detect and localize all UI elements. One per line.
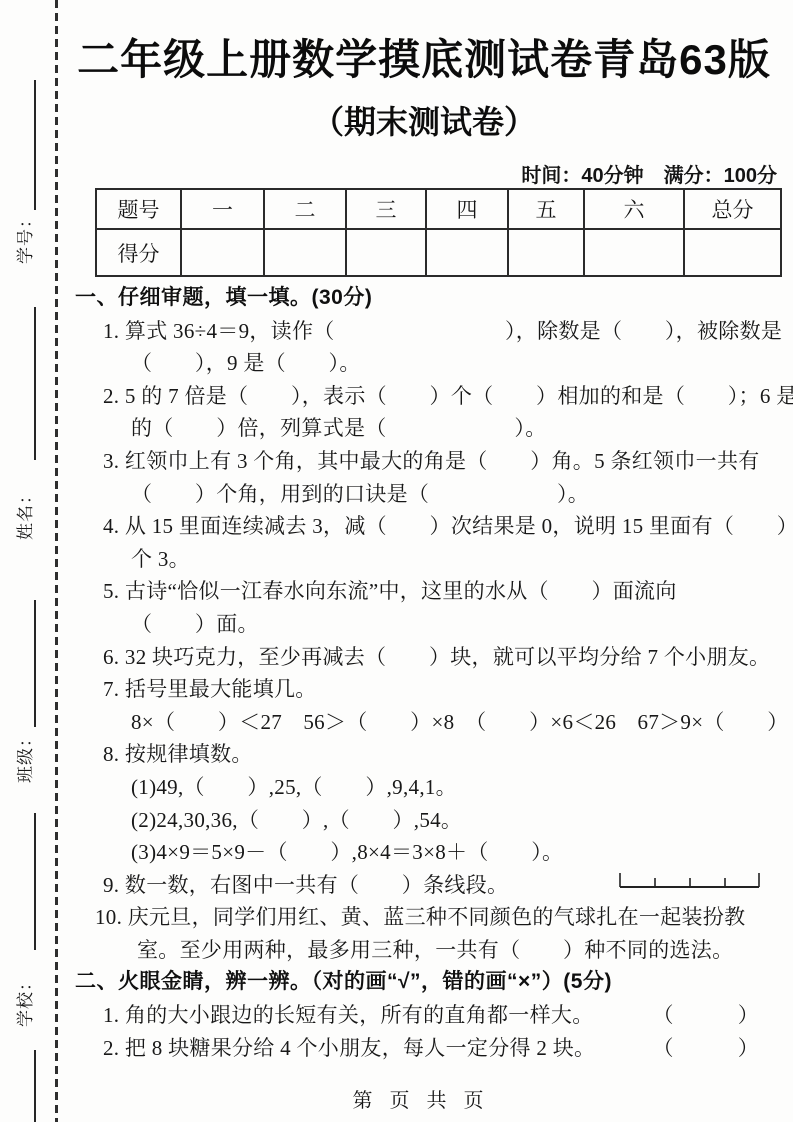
score-cell <box>684 229 781 276</box>
school-underline <box>34 813 36 950</box>
question-8-sub-1: (1)49,（ ）,25,（ ）,9,4,1。 <box>75 771 783 804</box>
question-3-line-2: （ ）个角，用到的口诀是（ ）。 <box>75 478 783 511</box>
question-6-line: 6. 32 块巧克力，至少再减去（ ）块，就可以平均分给 7 个小朋友。 <box>75 641 783 674</box>
question-3-line-1: 3. 红领巾上有 3 个角，其中最大的角是（ ）角。5 条红领巾一共有 <box>75 445 783 478</box>
header-col-4: 四 <box>426 189 508 229</box>
question-2-line-2: 的（ ）倍，列算式是（ ）。 <box>75 412 783 445</box>
score-cell <box>426 229 508 276</box>
class-label: 班级： <box>11 725 31 787</box>
header-total: 总分 <box>684 189 781 229</box>
question-5-line-2: （ ）面。 <box>75 608 783 641</box>
question-10-line-2: 室。至少用两种，最多用三种，一共有（ ）种不同的选法。 <box>75 934 783 967</box>
school-label: 学校： <box>11 969 31 1031</box>
question-7-line-1: 7. 括号里最大能填几。 <box>75 673 783 706</box>
name-label: 姓名： <box>11 482 31 544</box>
question-9-line: 9. 数一数，右图中一共有（ ）条线段。 <box>75 869 783 902</box>
header-col-3: 三 <box>346 189 426 229</box>
score-row-label: 得分 <box>96 229 181 276</box>
question-8-sub-2: (2)24,30,36,（ ）,（ ）,54。 <box>75 804 783 837</box>
question-4-line-2: 个 3。 <box>75 543 783 576</box>
question-8-line: 8. 按规律填数。 <box>75 738 783 771</box>
question-1-line-1: 1. 算式 36÷4＝9，读作（ ），除数是（ ），被除数是 <box>75 315 783 348</box>
page-subtitle: （期末测试卷） <box>62 97 786 143</box>
score-cell <box>346 229 426 276</box>
page-footer: 第 页 共 页 <box>62 1084 780 1113</box>
judge-question-1: 1. 角的大小跟边的长短有关，所有的直角都一样大。 （ ） <box>75 999 783 1032</box>
judge-question-1-text: 1. 角的大小跟边的长短有关，所有的直角都一样大。 <box>103 1003 594 1027</box>
test-paper-page: 学号： 姓名： 班级： 学校： 二年级上册数学摸底测试卷青岛63版 （期末测试卷… <box>0 0 793 1122</box>
header-col-2: 二 <box>264 189 346 229</box>
questions-area: 一、仔细审题，填一填。(30分) 1. 算式 36÷4＝9，读作（ ），除数是（… <box>75 282 783 1064</box>
score-cell <box>181 229 264 276</box>
bottom-underline <box>34 1050 36 1122</box>
score-table: 题号 一 二 三 四 五 六 总分 得分 <box>95 188 782 277</box>
question-10-line-1: 10. 庆元旦，同学们用红、黄、蓝三种不同颜色的气球扎在一起装扮教 <box>75 901 783 934</box>
judge-question-2-answer-blank: （ ） <box>653 1032 760 1065</box>
question-5-line-1: 5. 古诗“恰似一江春水向东流”中，这里的水从（ ）面流向 <box>75 575 783 608</box>
question-9-text: 9. 数一数，右图中一共有（ ）条线段。 <box>103 873 508 897</box>
question-8-sub-3: (3)4×9＝5×9－（ ）,8×4＝3×8＋（ ）。 <box>75 836 783 869</box>
section-1-heading: 一、仔细审题，填一填。(30分) <box>75 282 783 315</box>
judge-question-1-answer-blank: （ ） <box>653 999 760 1032</box>
question-1-line-2: （ ），9 是（ ）。 <box>75 347 783 380</box>
student-id-label: 学号： <box>11 206 31 268</box>
name-underline <box>34 307 36 460</box>
question-4-line-1: 4. 从 15 里面连续减去 3，减（ ）次结果是 0，说明 15 里面有（ ） <box>75 510 783 543</box>
question-7-line-2: 8×（ ）＜27 56＞（ ）×8 （ ）×6＜26 67＞9×（ ） <box>75 706 783 739</box>
question-2-line-1: 2. 5 的 7 倍是（ ），表示（ ）个（ ）相加的和是（ ）；6 是 3 <box>75 380 783 413</box>
line-segment-figure <box>619 870 760 890</box>
score-table-header-row: 题号 一 二 三 四 五 六 总分 <box>96 189 781 229</box>
header-col-1: 一 <box>181 189 264 229</box>
score-table-score-row: 得分 <box>96 229 781 276</box>
section-2-heading: 二、火眼金睛，辨一辨。（对的画“√”，错的画“×”）(5分) <box>75 966 783 999</box>
page-title: 二年级上册数学摸底测试卷青岛63版 <box>62 27 786 87</box>
header-col-5: 五 <box>508 189 584 229</box>
header-col-6: 六 <box>584 189 684 229</box>
header-question-number: 题号 <box>96 189 181 229</box>
judge-question-2-text: 2. 把 8 块糖果分给 4 个小朋友，每人一定分得 2 块。 <box>103 1036 595 1060</box>
time-and-score-info: 时间：40分钟 满分：100分 <box>521 159 777 188</box>
judge-question-2: 2. 把 8 块糖果分给 4 个小朋友，每人一定分得 2 块。 （ ） <box>75 1032 783 1065</box>
score-cell <box>584 229 684 276</box>
score-cell <box>508 229 584 276</box>
score-cell <box>264 229 346 276</box>
class-underline <box>34 600 36 727</box>
student-id-underline <box>34 80 36 210</box>
seal-dashed-line <box>55 0 58 1122</box>
